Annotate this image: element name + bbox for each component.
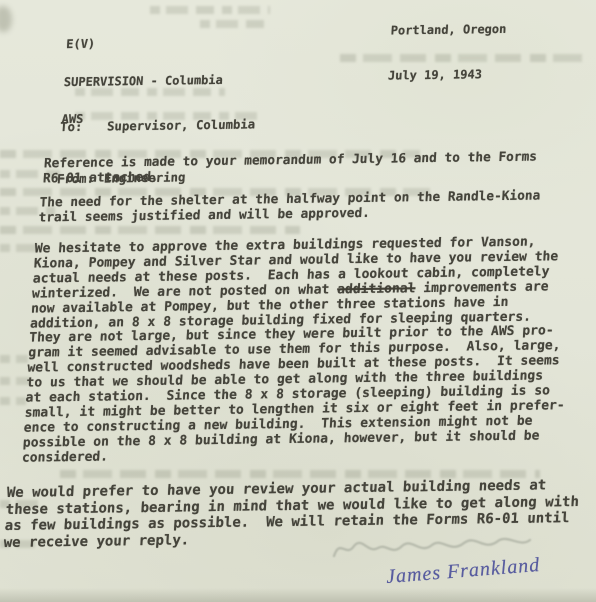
routing-code: E(V): [66, 36, 226, 51]
routing-office: SUPERVISION - Columbia: [64, 73, 224, 88]
paragraph-shelter-approval: The need for the shelter at the halfway …: [38, 188, 541, 225]
paragraph-extra-buildings: We hesitate to approve the extra buildin…: [21, 235, 575, 466]
letter-photo: E(V) SUPERVISION - Columbia AWS Portland…: [0, 0, 596, 602]
to-value: Supervisor, Columbia: [107, 118, 256, 133]
to-label: To:: [60, 121, 108, 134]
letter-place: Portland, Oregon: [390, 23, 506, 37]
to-line: To: Supervisor, Columbia: [60, 118, 256, 133]
paragraph-reference: Reference is made to your memorandum of …: [43, 150, 538, 187]
letterhead-place-date-block: Portland, Oregon July 19, 1943: [386, 0, 508, 106]
struck-out-word: additional: [337, 281, 416, 297]
typed-letter-sheet: E(V) SUPERVISION - Columbia AWS Portland…: [0, 0, 596, 602]
paragraph-extra-buildings-text-continued: improvements are now available at Pompey…: [21, 279, 565, 465]
letter-date: July 19, 1943: [388, 68, 504, 82]
photo-bottom-shadow: [0, 588, 596, 602]
